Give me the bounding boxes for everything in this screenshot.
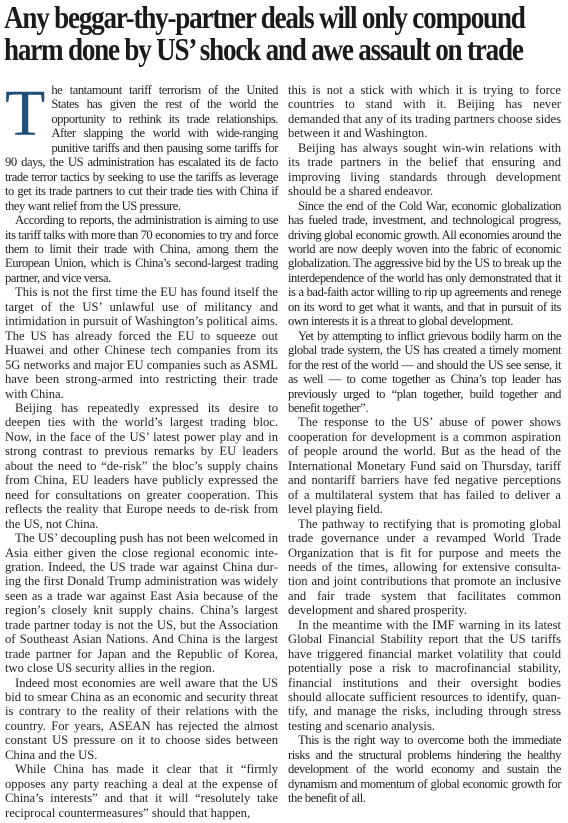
paragraph: Since the end of the Cold War, economic … bbox=[288, 199, 561, 329]
article-column-left: The tantamount tariff terrorism of the U… bbox=[5, 83, 278, 820]
paragraph: This is not the first time the EU has fo… bbox=[5, 285, 278, 401]
paragraph: This is the right way to overcome both t… bbox=[288, 733, 561, 805]
headline-line-2: harm done by US’ shock and awe assault o… bbox=[4, 34, 563, 66]
paragraph: this is not a stick with which it is try… bbox=[288, 83, 561, 141]
paragraph: Yet by attempting to inflict grievous bo… bbox=[288, 329, 561, 416]
paragraph: The pathway to rectifying that is promot… bbox=[288, 517, 561, 618]
article-column-right: this is not a stick with which it is try… bbox=[288, 83, 561, 806]
paragraph: The response to the US’ abuse of power s… bbox=[288, 415, 561, 516]
paragraph: Beijing has repeatedly expressed its des… bbox=[5, 401, 278, 531]
paragraph: Indeed most economies are well aware tha… bbox=[5, 676, 278, 763]
headline-line-1: Any beggar-thy-partner deals will only c… bbox=[4, 2, 563, 34]
drop-cap: T bbox=[5, 86, 45, 144]
paragraph: According to reports, the administration… bbox=[5, 213, 278, 285]
article-headline: Any beggar-thy-partner deals will only c… bbox=[4, 2, 563, 66]
paragraph: The US’ decoupling push has not been wel… bbox=[5, 531, 278, 676]
paragraph: Beijing has always sought win-win relati… bbox=[288, 141, 561, 199]
paragraph: While China has made it clear that it “f… bbox=[5, 762, 278, 820]
paragraph: The tantamount tariff terrorism of the U… bbox=[5, 83, 278, 213]
paragraph: In the meantime with the IMF warning in … bbox=[288, 618, 561, 734]
